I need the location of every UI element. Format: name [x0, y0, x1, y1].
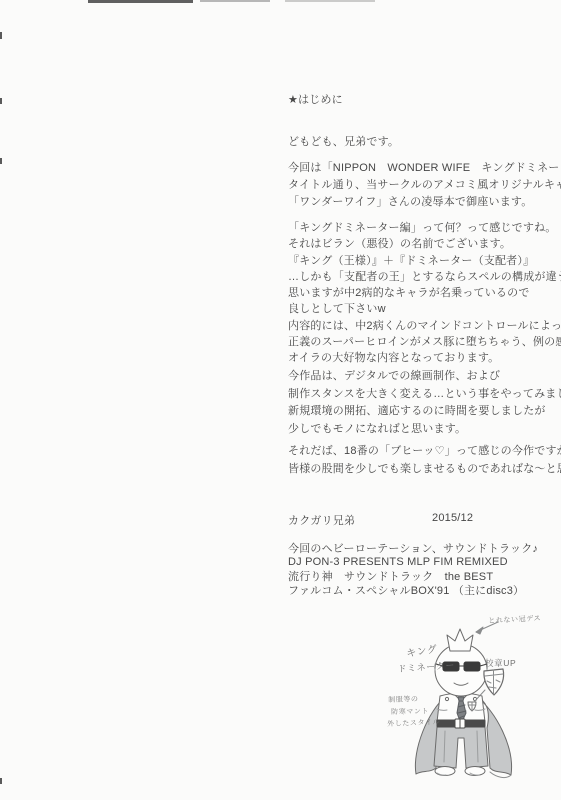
cape-note-line1: 制服等の: [388, 694, 419, 705]
paragraph-closing: それだば、18番の「ブヒーッ♡」って感じの今作ですが 皆様の股間を少しでも楽しま…: [288, 442, 561, 478]
scan-artifact-top: [88, 0, 193, 3]
playlist-item: DJ PON-3 PRESENTS MLP FIM REMIXED: [288, 555, 524, 570]
character-illustration: とれない冠デス キング ドミネーター 校章UP 制服等の 防寒マント 外したスタ…: [384, 610, 561, 796]
playlist-item: 流行り神 サウンドトラック the BEST: [288, 570, 524, 585]
doujinshi-afterword-page: { "document": { "heading": "★はじめに", "par…: [0, 0, 561, 800]
text-line: 今作品は、デジタルでの線画制作、および: [288, 368, 561, 386]
scan-speck: [0, 158, 2, 164]
paragraph-title-explanation: 「キングドミネーター編」って何？って感じですね。 それはビラン（悪役）の名前でご…: [288, 220, 561, 367]
playlist-list: DJ PON-3 PRESENTS MLP FIM REMIXED 流行り神 サ…: [288, 555, 524, 599]
signature-date: 2015/12: [432, 512, 473, 524]
text-line: オイラの大好物な内容となっております。: [288, 350, 561, 366]
playlist-item: ファルコム・スペシャルBOX'91 （主にdisc3）: [288, 584, 524, 599]
paragraph-greeting: どもども、兄弟です。: [288, 134, 399, 151]
playlist-header: 今回のヘビーローテーション、サウンドトラック♪: [288, 540, 538, 556]
pants: [434, 727, 488, 768]
page-title: ★はじめに: [288, 91, 343, 107]
text-line: 「キングドミネーター編」って何？って感じですね。: [288, 220, 561, 236]
scan-artifact-top-2: [200, 0, 270, 2]
text-line: 内容的には、中2病くんのマインドコントロールによって: [288, 318, 561, 334]
scan-artifact-top-3: [285, 0, 375, 2]
shoes: [435, 767, 485, 776]
belt: [437, 719, 485, 728]
text-line: 制作スタンスを大きく変える…という事をやってみました。: [288, 386, 561, 404]
text-line: それだば、18番の「ブヒーッ♡」って感じの今作ですが: [288, 442, 561, 460]
text-line: 良しとして下さいw: [288, 301, 561, 317]
text-line: 皆様の股間を少しでも楽しませるものであればな～と思います。: [288, 460, 561, 478]
paragraph-intro: 今回は「NIPPON WONDER WIFE キングドミネーター編」です。 タイ…: [288, 160, 561, 211]
scan-speck: [0, 98, 2, 104]
scan-speck: [0, 778, 2, 784]
cape-note-line3: 外したスタイル: [387, 717, 440, 729]
text-line: タイトル通り、当サークルのアメコミ風オリジナルキャラクター: [288, 177, 561, 194]
crown-icon: [447, 629, 473, 651]
text-line: 「ワンダーワイフ」さんの凌辱本で御座います。: [288, 194, 561, 211]
cape-note-line2: 防寒マント: [391, 706, 429, 717]
text-line: 思いますが中2病的なキャラが名乗っているので: [288, 285, 561, 301]
text-line: どもども、兄弟です。: [288, 134, 399, 151]
text-line: …しかも「支配者の王」とするならスペルの構成が違うと: [288, 269, 561, 285]
crest-note: 校章UP: [485, 657, 516, 669]
text-line: 『キング（王様）』＋『ドミネーター（支配者）』: [288, 253, 561, 269]
scan-speck: [0, 32, 2, 39]
text-line: 今回は「NIPPON WONDER WIFE キングドミネーター編」です。: [288, 160, 561, 177]
text-line: 少しでもモノになればと思います。: [288, 421, 561, 439]
text-line: 新規環境の開拓、適応するのに時間を要しましたが: [288, 403, 561, 421]
author-signature: カクガリ兄弟: [288, 512, 355, 528]
text-line: 正義のスーパーヒロインがメス豚に堕ちちゃう、例の感じで: [288, 334, 561, 350]
paragraph-production: 今作品は、デジタルでの線画制作、および 制作スタンスを大きく変える…という事をや…: [288, 368, 561, 438]
text-line: それはビラン（悪役）の名前でございます。: [288, 236, 561, 252]
